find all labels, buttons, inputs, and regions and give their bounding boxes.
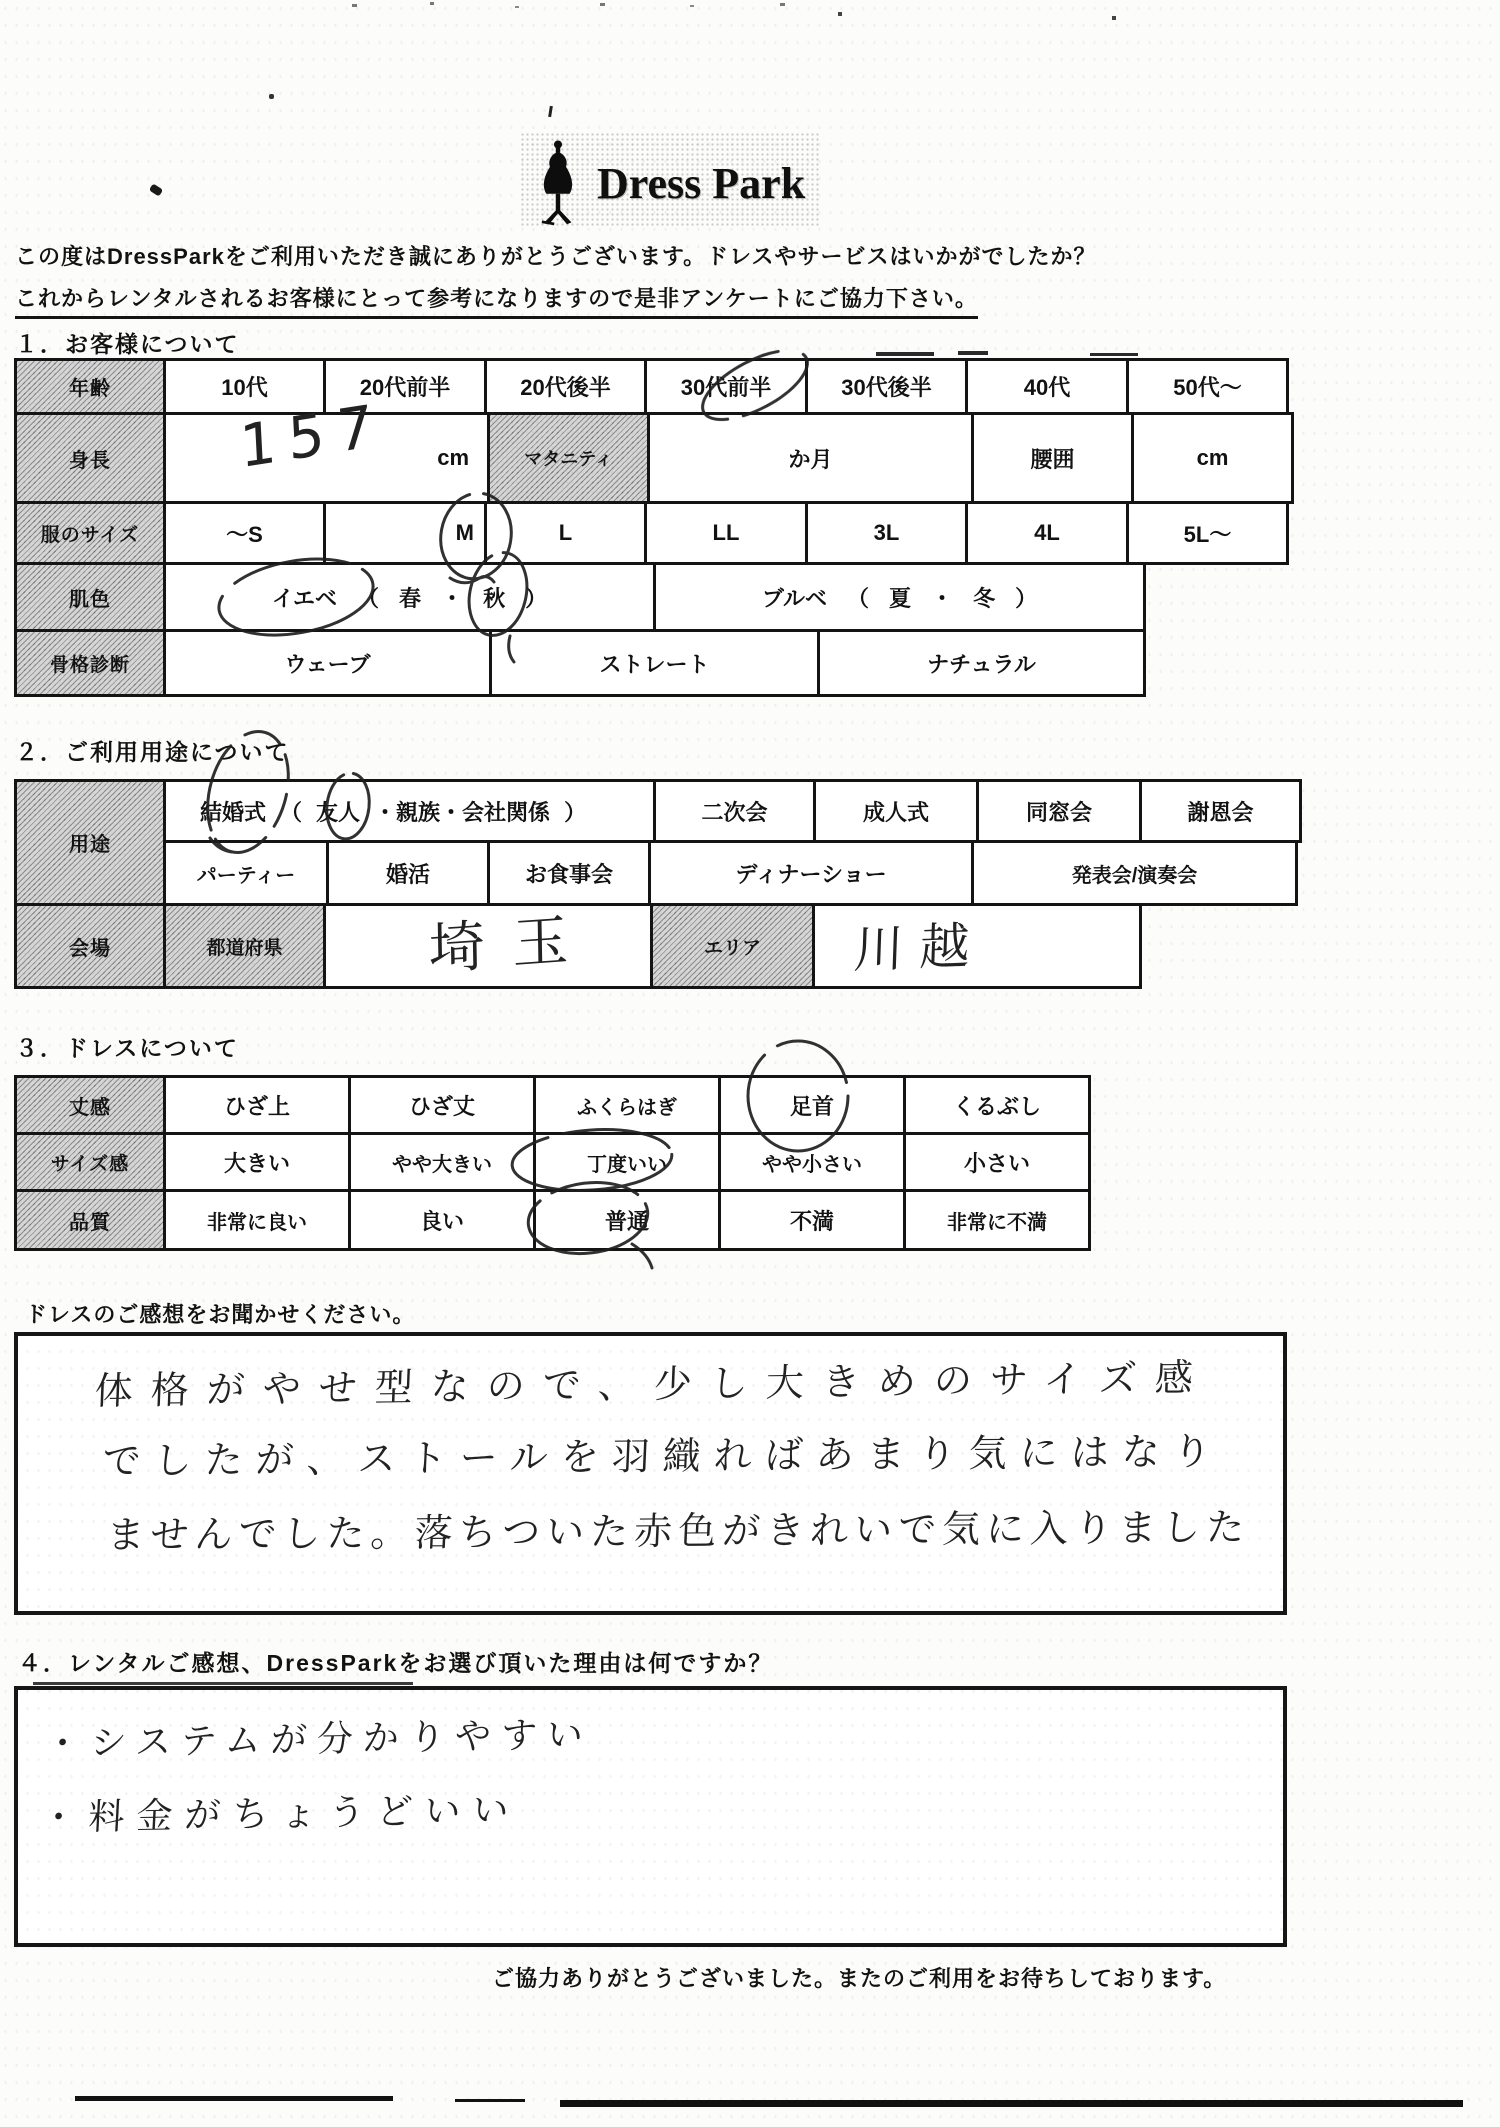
scan-speck xyxy=(600,3,605,6)
logo-text: Dress Park xyxy=(597,158,805,209)
questionnaire-scan-page: Dress Park この度はDressParkをご利用いただき誠にありがとうご… xyxy=(0,0,1500,2127)
size-option-cell: 4L xyxy=(965,501,1129,565)
quality-option-cell: 普通 xyxy=(533,1189,721,1251)
usage-row-1: 結婚式 （ 友人 ・親族・会社関係 ） 二次会 成人式 同窓会 謝恩会 xyxy=(163,779,1302,843)
quality-option-cell: 不満 xyxy=(718,1189,906,1251)
scan-speck xyxy=(515,6,519,8)
age-label-cell: 年齢 xyxy=(14,358,166,415)
logo: Dress Park xyxy=(531,140,805,226)
usage-option-cell: パーティー xyxy=(163,840,329,906)
section2-title: ２．ご利用用途について xyxy=(15,734,290,767)
handwritten-reason-line-2: ・料金がちょうどいい xyxy=(39,1782,522,1841)
paren-close: ） xyxy=(525,582,547,613)
skin-autumn: 秋 xyxy=(483,582,505,613)
size-row: 服のサイズ ～S M L LL 3L 4L 5L～ xyxy=(14,501,1294,565)
fit-option-cell: 小さい xyxy=(903,1132,1091,1192)
scan-smudge xyxy=(958,351,988,355)
usage-option-cell: 発表会/演奏会 xyxy=(971,840,1298,906)
scan-speck xyxy=(352,4,357,7)
handwritten-comment-line-3: ませんでした。落ちついた赤色がきれいで気に入りました xyxy=(106,1496,1252,1559)
age-option-cell: 40代 xyxy=(965,358,1129,415)
skin-yellow-cell: イエベ （ 春 ・ 秋 ） xyxy=(163,562,656,632)
usage-option-cell: 同窓会 xyxy=(976,779,1142,843)
scan-smudge xyxy=(876,352,934,356)
length-option-cell: くるぶし xyxy=(903,1075,1091,1135)
skin-yellow-base: イエベ xyxy=(272,582,337,613)
length-option-cell: 足首 xyxy=(718,1075,906,1135)
dress-table: 丈感 ひざ上 ひざ丈 ふくらはぎ 足首 くるぶし サイズ感 大きい やや大きい … xyxy=(14,1075,1091,1251)
height-unit: cm xyxy=(437,445,469,471)
usage-row-2: パーティー 婚活 お食事会 ディナーショー 発表会/演奏会 xyxy=(163,840,1302,906)
length-row: 丈感 ひざ上 ひざ丈 ふくらはぎ 足首 くるぶし xyxy=(14,1075,1091,1135)
usage-table: 用途 結婚式 （ 友人 ・親族・会社関係 ） 二次会 成人式 同窓会 謝恩会 パ… xyxy=(14,779,1302,989)
paren-close: ） xyxy=(564,796,586,827)
section1-title: １．お客様について xyxy=(15,326,240,359)
length-option-cell: ひざ丈 xyxy=(348,1075,536,1135)
separator-dot: ・ xyxy=(931,582,953,613)
wedding-friend: 友人 xyxy=(316,796,360,827)
length-option-cell: ふくらはぎ xyxy=(533,1075,721,1135)
usage-option-cell: 成人式 xyxy=(813,779,979,843)
separator-dot: ・ xyxy=(441,582,463,613)
skin-summer: 夏 xyxy=(889,582,911,613)
scan-artifact-line xyxy=(455,2099,525,2102)
customer-table: 年齢 10代 20代前半 20代後半 30代前半 30代後半 40代 50代～ … xyxy=(14,358,1294,697)
skin-blue-base: ブルベ xyxy=(762,582,827,613)
skin-spring: 春 xyxy=(399,582,421,613)
skin-winter: 冬 xyxy=(973,582,995,613)
maternity-label-cell: マタニティ xyxy=(487,412,650,504)
size-option-cell: ～S xyxy=(163,501,326,565)
scan-speck xyxy=(838,12,842,16)
height-row: 身長 cm マタニティ か月 腰囲 cm xyxy=(14,412,1294,504)
scan-speck xyxy=(430,2,434,5)
wedding-relations: ・親族・会社関係 xyxy=(374,796,550,827)
fit-option-cell: やや小さい xyxy=(718,1132,906,1192)
intro-line-2: これからレンタルされるお客様にとって参考になりますので是非アンケートにご協力下さ… xyxy=(15,282,978,319)
ink-speck xyxy=(149,183,163,196)
scan-speck xyxy=(690,5,694,7)
paren-open: （ xyxy=(357,582,379,613)
section3-title: ３．ドレスについて xyxy=(15,1030,239,1063)
comment-prompt: ドレスのご感想をお聞かせください。 xyxy=(25,1298,415,1329)
area-label-cell: エリア xyxy=(650,903,815,989)
scan-speck xyxy=(269,94,274,99)
age-option-cell: 50代～ xyxy=(1126,358,1289,415)
skin-label-cell: 肌色 xyxy=(14,562,166,632)
prefecture-label-cell: 都道府県 xyxy=(163,903,326,989)
paren-open: （ xyxy=(280,796,302,827)
bone-option-cell: ストレート xyxy=(489,629,820,697)
wedding-label: 結婚式 xyxy=(200,796,266,827)
scan-speck xyxy=(780,3,785,6)
usage-option-cell: 二次会 xyxy=(653,779,816,843)
size-option-cell: 5L～ xyxy=(1126,501,1289,565)
skin-tone-row: 肌色 イエベ （ 春 ・ 秋 ） ブルベ （ 夏 ・ 冬 ） xyxy=(14,562,1294,632)
handwritten-area: 川越 xyxy=(852,905,986,982)
quality-label-cell: 品質 xyxy=(14,1189,166,1251)
footer-thanks: ご協力ありがとうございました。またのご利用をお待ちしております。 xyxy=(492,1962,1226,1993)
fit-label-cell: サイズ感 xyxy=(14,1132,166,1192)
venue-label-cell: 会場 xyxy=(14,903,166,989)
scan-smudge xyxy=(1090,353,1138,356)
handwritten-reason-line-1: ・システムが分かりやすい xyxy=(43,1706,594,1767)
size-option-cell: M xyxy=(323,501,487,565)
bone-option-cell: ナチュラル xyxy=(817,629,1146,697)
paren-open: （ xyxy=(847,582,869,613)
venue-row: 会場 都道府県 エリア xyxy=(14,903,1302,989)
scan-artifact-line xyxy=(560,2100,1463,2107)
bone-structure-row: 骨格診断 ウェーブ ストレート ナチュラル xyxy=(14,629,1294,697)
usage-option-cell: 婚活 xyxy=(326,840,490,906)
age-row: 年齢 10代 20代前半 20代後半 30代前半 30代後半 40代 50代～ xyxy=(14,358,1294,415)
size-option-cell: L xyxy=(484,501,647,565)
wedding-cell: 結婚式 （ 友人 ・親族・会社関係 ） xyxy=(163,779,656,843)
usage-option-cell: 謝恩会 xyxy=(1139,779,1302,843)
usage-option-cell: ディナーショー xyxy=(648,840,974,906)
quality-row: 品質 非常に良い 良い 普通 不満 非常に不満 xyxy=(14,1189,1091,1251)
section4-title: ４．レンタルご感想、DressParkをお選び頂いた理由は何ですか？ xyxy=(18,1645,773,1678)
age-option-cell: 20代後半 xyxy=(484,358,647,415)
height-label-cell: 身長 xyxy=(14,412,166,504)
size-option-cell: LL xyxy=(644,501,808,565)
bone-label-cell: 骨格診断 xyxy=(14,629,166,697)
fit-option-cell: 丁度いい xyxy=(533,1132,721,1192)
quality-option-cell: 非常に良い xyxy=(163,1189,351,1251)
intro-line-1: この度はDressParkをご利用いただき誠にありがとうございます。ドレスやサー… xyxy=(15,240,1096,271)
fit-option-cell: 大きい xyxy=(163,1132,351,1192)
waist-unit-cell: cm xyxy=(1131,412,1294,504)
scan-artifact-line xyxy=(75,2096,393,2101)
size-label-cell: 服のサイズ xyxy=(14,501,166,565)
quality-option-cell: 良い xyxy=(348,1189,536,1251)
age-option-cell: 30代後半 xyxy=(805,358,968,415)
usage-label-cell: 用途 xyxy=(14,779,166,906)
fit-row: サイズ感 大きい やや大きい 丁度いい やや小さい 小さい xyxy=(14,1132,1091,1192)
skin-blue-cell: ブルベ （ 夏 ・ 冬 ） xyxy=(653,562,1146,632)
dress-form-icon xyxy=(531,140,585,226)
scan-smudge xyxy=(33,1682,413,1685)
age-option-cell: 30代前半 xyxy=(644,358,808,415)
waist-label-cell: 腰囲 xyxy=(971,412,1134,504)
quality-option-cell: 非常に不満 xyxy=(903,1189,1091,1251)
handwritten-comment-line-2: でしたが、ストールを羽織ればあまり気にはなり xyxy=(102,1420,1226,1485)
paren-close: ） xyxy=(1015,582,1037,613)
bone-option-cell: ウェーブ xyxy=(163,629,492,697)
maternity-months-cell: か月 xyxy=(647,412,974,504)
length-option-cell: ひざ上 xyxy=(163,1075,351,1135)
scan-tick xyxy=(548,106,553,117)
handwritten-prefecture: 埼玉 xyxy=(428,894,597,986)
size-option-cell: 3L xyxy=(805,501,968,565)
length-label-cell: 丈感 xyxy=(14,1075,166,1135)
scan-speck xyxy=(1112,16,1116,20)
fit-option-cell: やや大きい xyxy=(348,1132,536,1192)
